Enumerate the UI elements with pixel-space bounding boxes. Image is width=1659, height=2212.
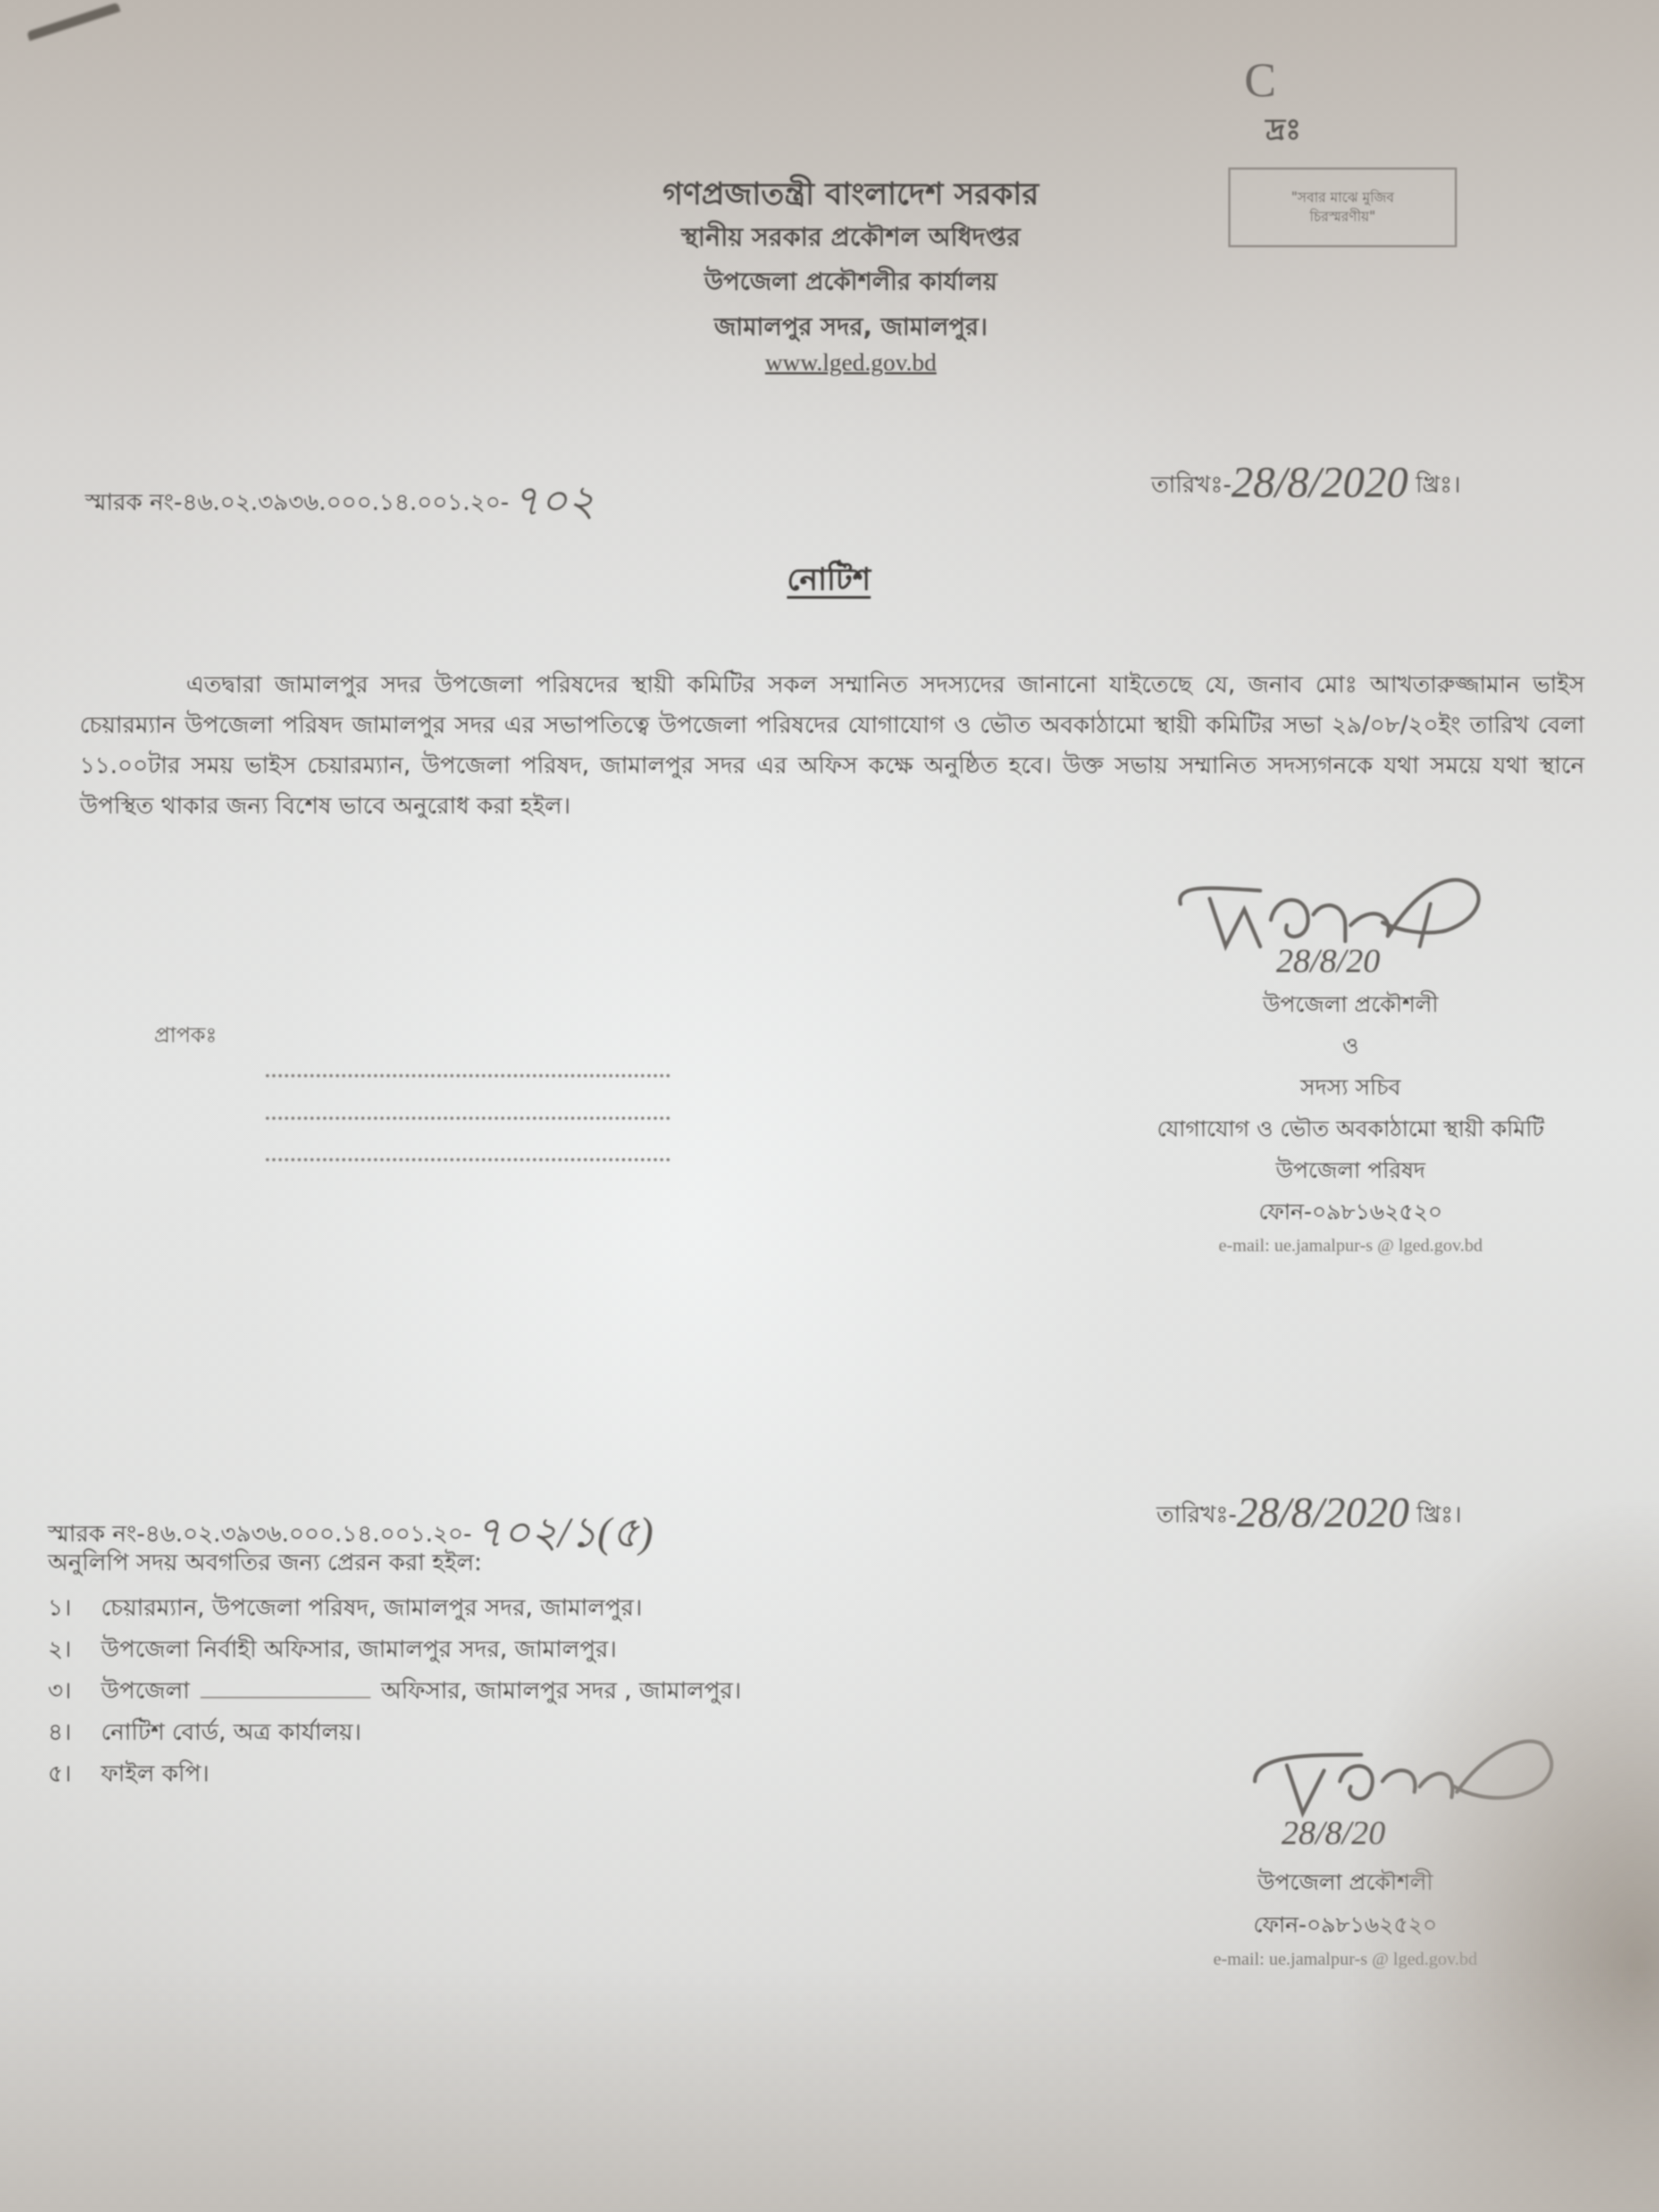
sig2-phone: ফোন-০৯৮১৬২৫২০ bbox=[1159, 1904, 1531, 1946]
slogan-box: "সবার মাঝে মুজিব চিরস্মরণীয়" bbox=[1228, 167, 1457, 247]
copy-date: তারিখঃ-28/8/2020 খ্রিঃ। bbox=[1157, 1489, 1462, 1537]
sig2-designation: উপজেলা প্রকৌশলী bbox=[1159, 1861, 1531, 1904]
notice-date: তারিখঃ-28/8/2020 খ্রিঃ। bbox=[1151, 457, 1461, 507]
copy-item: ২।উপজেলা নির্বাহী অফিসার, জামালপুর সদর, … bbox=[48, 1629, 741, 1670]
copy-item-text: নোটিশ বোর্ড, অত্র কার্যালয়। bbox=[101, 1719, 361, 1746]
copy-memo-label: স্মারক নং- bbox=[48, 1520, 145, 1547]
memo-label: স্মারক নং- bbox=[85, 489, 182, 516]
blank-field bbox=[200, 1686, 371, 1698]
sig1-council: উপজেলা পরিষদ bbox=[1095, 1150, 1606, 1191]
copy-item-text: ফাইল কপি। bbox=[101, 1760, 210, 1787]
copy-item: ৪।নোটিশ বোর্ড, অত্র কার্যালয়। bbox=[48, 1712, 741, 1753]
copy-list: ১।চেয়ারম্যান, উপজেলা পরিষদ, জামালপুর সদ… bbox=[48, 1587, 741, 1795]
recipient-line-1 bbox=[266, 1074, 670, 1077]
handwritten-initials: দ্রঃ bbox=[1266, 106, 1301, 156]
memo-printed: ৪৬.০২.৩৯৩৬.০০০.১৪.০০১.২০- bbox=[182, 489, 509, 516]
sig1-designation: উপজেলা প্রকৌশলী bbox=[1095, 984, 1606, 1025]
copy-item-text: চেয়ারম্যান, উপজেলা পরিষদ, জামালপুর সদর,… bbox=[101, 1594, 642, 1621]
sig2-email: e-mail: ue.jamalpur-s @ lged.gov.bd bbox=[1159, 1946, 1531, 1973]
letterhead-website: www.lged.gov.bd bbox=[585, 348, 1117, 376]
letterhead-location: জামালপুর সদর, জামালপুর। bbox=[585, 308, 1117, 349]
copy-date-label: তারিখঃ- bbox=[1157, 1501, 1237, 1528]
copy-item: ৫।ফাইল কপি। bbox=[48, 1753, 741, 1795]
slogan-line-2: চিরস্মরণীয়" bbox=[1310, 207, 1376, 227]
memo-number: স্মারক নং-৪৬.০২.৩৯৩৬.০০০.১৪.০০১.২০-৭০২ bbox=[85, 468, 595, 539]
copy-intro: অনুলিপি সদয় অবগতির জন্য প্রেরন করা হইল: bbox=[48, 1545, 482, 1583]
copy-item-text: অফিসার, জামালপুর সদর , জামালপুর। bbox=[381, 1677, 741, 1704]
letterhead-office: উপজেলা প্রকৌশলীর কার্যালয় bbox=[585, 263, 1117, 304]
recipient-label: প্রাপকঃ bbox=[154, 1018, 217, 1054]
copy-item-number: ২। bbox=[48, 1629, 101, 1670]
website-link[interactable]: www.lged.gov.bd bbox=[765, 349, 936, 376]
copy-memo-handwritten: ৭০২/১(৫) bbox=[475, 1510, 653, 1556]
recipient-line-2 bbox=[266, 1117, 670, 1120]
copy-item-number: ৩। bbox=[48, 1670, 101, 1712]
slogan-line-1: "সবার মাঝে মুজিব bbox=[1291, 188, 1394, 207]
signature-1-date: 28/8/20 bbox=[1276, 941, 1380, 981]
memo-handwritten: ৭০২ bbox=[512, 478, 595, 525]
sig1-role: সদস্য সচিব bbox=[1095, 1067, 1606, 1108]
copy-item: ১।চেয়ারম্যান, উপজেলা পরিষদ, জামালপুর সদ… bbox=[48, 1587, 741, 1629]
copy-item: ৩।উপজেলাঅফিসার, জামালপুর সদর , জামালপুর। bbox=[48, 1670, 741, 1712]
date-label: তারিখঃ- bbox=[1151, 471, 1231, 498]
date-handwritten: 28/8/2020 bbox=[1231, 458, 1409, 506]
signature-block-1: উপজেলা প্রকৌশলী ও সদস্য সচিব যোগাযোগ ও ভ… bbox=[1095, 984, 1606, 1259]
sig1-committee: যোগাযোগ ও ভৌত অবকাঠামো স্থায়ী কমিটি bbox=[1095, 1108, 1606, 1150]
handwritten-mark: C bbox=[1244, 53, 1276, 108]
letterhead-department: স্থানীয় সরকার প্রকৌশল অধিদপ্তর bbox=[585, 218, 1117, 260]
copy-item-number: ১। bbox=[48, 1587, 101, 1629]
copy-item-text: উপজেলা bbox=[101, 1677, 190, 1704]
sig1-and: ও bbox=[1095, 1025, 1606, 1067]
copy-date-handwritten: 28/8/2020 bbox=[1237, 1489, 1409, 1536]
copy-item-text: উপজেলা নির্বাহী অফিসার, জামালপুর সদর, জা… bbox=[101, 1636, 617, 1663]
signature-2-date: 28/8/20 bbox=[1281, 1813, 1386, 1853]
recipient-line-3 bbox=[266, 1158, 670, 1161]
copy-memo-printed: ৪৬.০২.৩৯৩৬.০০০.১৪.০০১.২০- bbox=[145, 1520, 472, 1547]
notice-body: এতদ্বারা জামালপুর সদর উপজেলা পরিষদের স্থ… bbox=[80, 665, 1585, 826]
notice-title: নোটিশ bbox=[787, 556, 870, 607]
sig1-phone: ফোন-০৯৮১৬২৫২০ bbox=[1095, 1191, 1606, 1233]
sig1-email: e-mail: ue.jamalpur-s @ lged.gov.bd bbox=[1095, 1233, 1606, 1259]
date-suffix: খ্রিঃ। bbox=[1415, 471, 1461, 498]
copy-item-number: ৪। bbox=[48, 1712, 101, 1753]
copy-item-number: ৫। bbox=[48, 1753, 101, 1795]
copy-date-suffix: খ্রিঃ। bbox=[1417, 1501, 1462, 1528]
letterhead-government: গণপ্রজাতন্ত্রী বাংলাদেশ সরকার bbox=[585, 170, 1117, 222]
signature-block-2: উপজেলা প্রকৌশলী ফোন-০৯৮১৬২৫২০ e-mail: ue… bbox=[1159, 1861, 1531, 1973]
